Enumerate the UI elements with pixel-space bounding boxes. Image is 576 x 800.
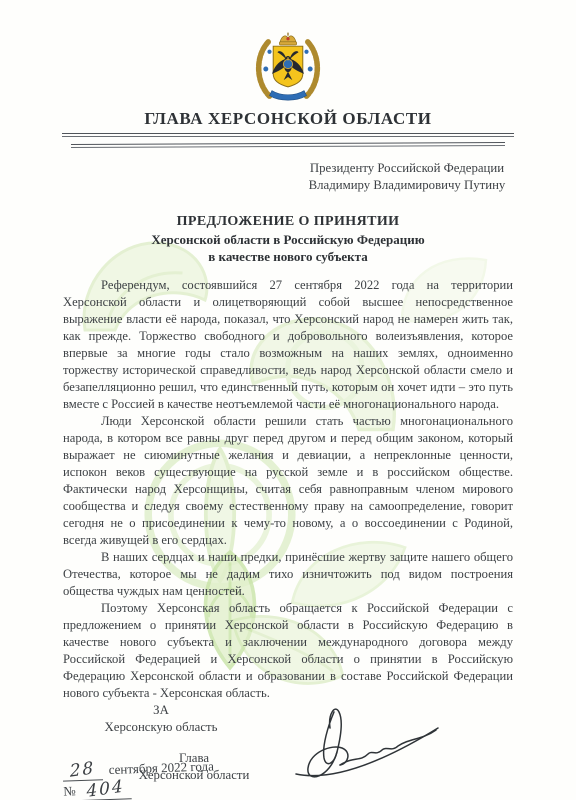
header-rule-top: [62, 133, 514, 137]
za-line1: ЗА: [63, 702, 259, 719]
number-sign: №: [63, 783, 76, 798]
signature-handwritten: [282, 698, 450, 790]
addressee-line1: Президенту Российской Федерации: [302, 160, 512, 177]
date-rest: сентября 2022 года: [108, 758, 214, 777]
handwritten-number-field: 404: [79, 778, 132, 800]
doc-title-line2: Херсонской области в Российскую Федераци…: [0, 231, 576, 248]
letterhead: ГЛАВА ХЕРСОНСКОЙ ОБЛАСТИ: [0, 0, 576, 147]
handwritten-number: 404: [86, 776, 125, 800]
addressee-block: Президенту Российской Федерации Владимир…: [302, 160, 512, 194]
paragraph: В наших сердцах и наши предки, принёсшие…: [63, 549, 513, 600]
paragraph: Люди Херсонской области решили стать час…: [63, 413, 513, 549]
paragraph: Референдум, состоявшийся 27 сентября 202…: [63, 277, 513, 413]
paragraph: Поэтому Херсонская область обращается к …: [63, 600, 513, 702]
za-line2: Херсонскую область: [63, 719, 259, 736]
kherson-oblast-coat-of-arms-icon: [251, 32, 325, 106]
addressee-line2: Владимиру Владимировичу Путину: [302, 177, 512, 194]
document-page: ГЛАВА ХЕРСОНСКОЙ ОБЛАСТИ Президенту Росс…: [0, 0, 576, 800]
doc-title-line1: ПРЕДЛОЖЕНИЕ О ПРИНЯТИИ: [0, 213, 576, 231]
handwritten-day: 28: [70, 758, 96, 782]
doc-title-line3: в качестве нового субъекта: [0, 248, 576, 265]
handwritten-day-field: 28: [62, 759, 103, 781]
za-block: ЗА Херсонскую область: [63, 702, 259, 736]
header-rule-bottom: [71, 142, 505, 148]
footer-date-number: 28сентября 2022 года №404: [62, 755, 215, 800]
document-title: ПРЕДЛОЖЕНИЕ О ПРИНЯТИИ Херсонской област…: [0, 213, 576, 265]
org-title: ГЛАВА ХЕРСОНСКОЙ ОБЛАСТИ: [0, 109, 576, 129]
